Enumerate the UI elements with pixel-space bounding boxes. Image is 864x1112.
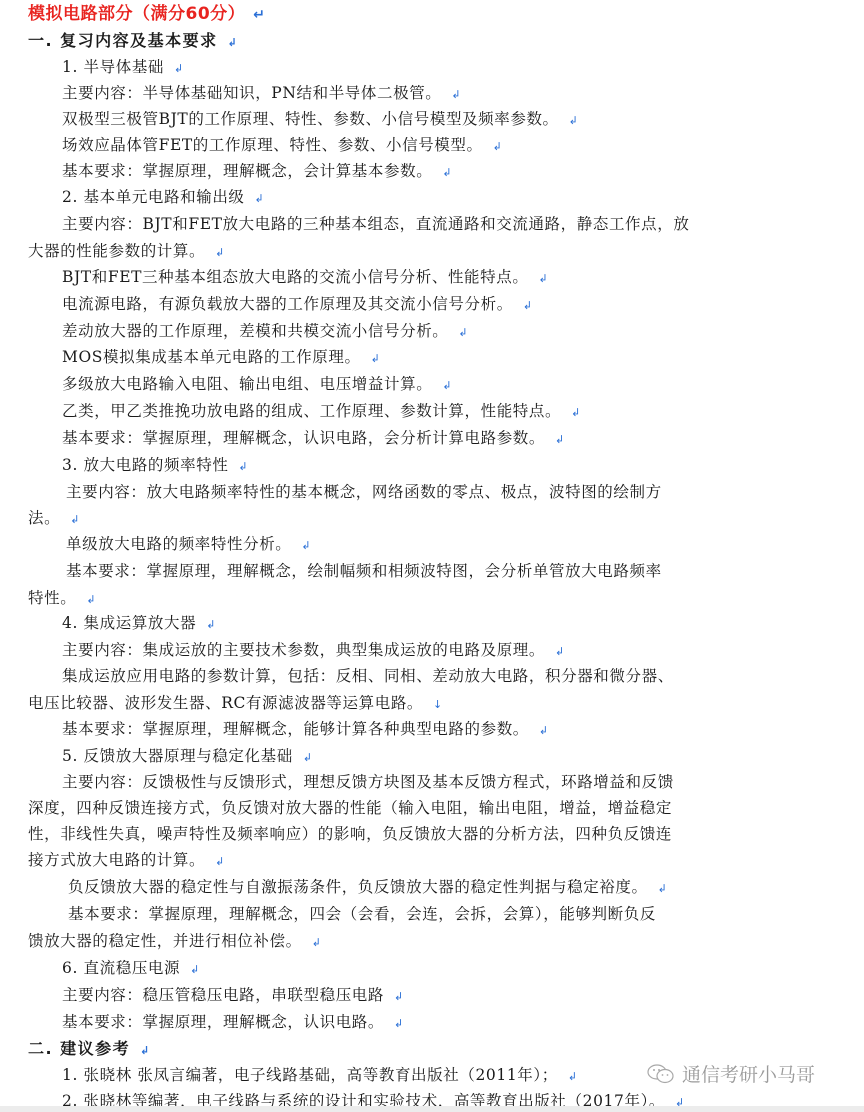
paragraph-mark-icon: ↲ xyxy=(568,1070,578,1083)
line-text: 单级放大电路的频率特性分析。 xyxy=(66,535,291,553)
document-line: 1. 半导体基础↲ xyxy=(62,57,184,79)
paragraph-mark-icon: ↲ xyxy=(451,88,461,101)
document-line: 电压比较器、波形发生器、RC有源滤波器等运算电路。↓ xyxy=(28,693,443,715)
line-text: 集成运放应用电路的参数计算，包括：反相、同相、差动放大电路，积分器和微分器、 xyxy=(62,667,674,685)
paragraph-mark-icon: ↲ xyxy=(658,882,668,895)
document-line: 1. 张晓林 张凤言编著，电子线路基础，高等教育出版社（2011年）；↲ xyxy=(62,1065,578,1087)
document-line: 接方式放大电路的计算。↲ xyxy=(28,850,225,872)
line-text: 主要内容：BJT和FET放大电路的三种基本组态，直流通路和交流通路，静态工作点，… xyxy=(62,215,689,233)
line-text: 接方式放大电路的计算。 xyxy=(28,851,205,869)
line-text: BJT和FET三种基本组态放大电路的交流小信号分析、性能特点。 xyxy=(62,268,528,286)
line-text: 主要内容：反馈极性与反馈形式，理想反馈方块图及基本反馈方程式，环路增益和反馈 xyxy=(62,773,674,791)
paragraph-mark-icon: ↲ xyxy=(555,645,565,658)
line-text: 4. 集成运算放大器 xyxy=(62,614,196,632)
document-line: 特性。↲ xyxy=(28,588,96,610)
document-line: BJT和FET三种基本组态放大电路的交流小信号分析、性能特点。↲ xyxy=(62,267,548,289)
line-text: 差动放大器的工作原理，差模和共模交流小信号分析。 xyxy=(62,322,448,340)
line-text: 乙类，甲乙类推挽功放电路的组成、工作原理、参数计算，性能特点。 xyxy=(62,402,561,420)
paragraph-mark-icon: ↲ xyxy=(442,379,452,392)
line-text: 电流源电路，有源负载放大器的工作原理及其交流小信号分析。 xyxy=(62,295,513,313)
document-line: 单级放大电路的频率特性分析。↲ xyxy=(66,534,311,556)
paragraph-mark-icon: ↲ xyxy=(312,936,322,949)
document-line: 基本要求：掌握原理，理解概念，认识电路，会分析计算电路参数。↲ xyxy=(62,428,565,450)
section-heading: 二. 建议参考↲ xyxy=(28,1039,151,1061)
page-bottom-edge xyxy=(0,1106,864,1112)
line-text: 主要内容：放大电路频率特性的基本概念，网络函数的零点、极点，波特图的绘制方 xyxy=(66,483,662,501)
document-line: 场效应晶体管FET的工作原理、特性、参数、小信号模型。↲ xyxy=(62,135,502,157)
document-line: 集成运放应用电路的参数计算，包括：反相、同相、差动放大电路，积分器和微分器、 xyxy=(62,666,674,686)
line-text: 一. 复习内容及基本要求 xyxy=(28,31,218,50)
document-line: 主要内容：半导体基础知识，PN结和半导体二极管。↲ xyxy=(62,83,461,105)
document-line: 6. 直流稳压电源↲ xyxy=(62,958,200,980)
paragraph-mark-icon: ↲ xyxy=(238,460,248,473)
return-mark-icon: ↵ xyxy=(253,7,265,23)
document-line: 性，非线性失真，噪声特性及频率响应）的影响，负反馈放大器的分析方法，四种负反馈连 xyxy=(28,824,672,844)
line-text: 电压比较器、波形发生器、RC有源滤波器等运算电路。 xyxy=(28,694,423,712)
paragraph-mark-icon: ↲ xyxy=(228,36,239,49)
document-line: 大器的性能参数的计算。↲ xyxy=(28,241,225,263)
document-line: 3. 放大电路的频率特性↲ xyxy=(62,455,248,477)
paragraph-mark-icon: ↲ xyxy=(555,433,565,446)
paragraph-mark-icon: ↲ xyxy=(493,140,503,153)
paragraph-mark-icon: ↲ xyxy=(538,272,548,285)
document-line: 4. 集成运算放大器↲ xyxy=(62,613,216,635)
paragraph-mark-icon: ↲ xyxy=(539,724,549,737)
paragraph-mark-icon: ↲ xyxy=(571,406,581,419)
line-text: 1. 半导体基础 xyxy=(62,58,164,76)
paragraph-mark-icon: ↲ xyxy=(86,593,96,606)
section-heading: 一. 复习内容及基本要求↲ xyxy=(28,31,238,53)
document-title-text: 模拟电路部分（满分60分） xyxy=(28,4,245,24)
line-text: 3. 放大电路的频率特性 xyxy=(62,456,228,474)
paragraph-mark-icon: ↲ xyxy=(174,62,184,75)
document-line: 馈放大器的稳定性，并进行相位补偿。↲ xyxy=(28,931,322,953)
line-text: 法。 xyxy=(28,509,60,527)
document-line: 主要内容：反馈极性与反馈形式，理想反馈方块图及基本反馈方程式，环路增益和反馈 xyxy=(62,772,674,792)
line-text: 主要内容：稳压管稳压电路，串联型稳压电路 xyxy=(62,986,384,1004)
paragraph-mark-icon: ↲ xyxy=(70,513,80,526)
paragraph-mark-icon: ↲ xyxy=(140,1044,151,1057)
paragraph-mark-icon: ↲ xyxy=(394,1017,404,1030)
line-text: 性，非线性失真，噪声特性及频率响应）的影响，负反馈放大器的分析方法，四种负反馈连 xyxy=(28,825,672,843)
watermark: 通信考研小马哥 xyxy=(646,1060,815,1087)
paragraph-mark-icon: ↲ xyxy=(303,751,313,764)
paragraph-mark-icon: ↲ xyxy=(371,352,381,365)
document-title: 模拟电路部分（满分60分）↵ xyxy=(28,4,265,25)
line-text: 5. 反馈放大器原理与稳定化基础 xyxy=(62,747,293,765)
paragraph-mark-icon: ↲ xyxy=(523,299,533,312)
line-text: 深度，四种反馈连接方式，负反馈对放大器的性能（输入电阻，输出电阻，增益，增益稳定 xyxy=(28,799,672,817)
line-text: 多级放大电路输入电阻、输出电组、电压增益计算。 xyxy=(62,375,432,393)
line-text: 基本要求：掌握原理，理解概念，能够计算各种典型电路的参数。 xyxy=(62,720,529,738)
watermark-text: 通信考研小马哥 xyxy=(682,1060,815,1087)
document-line: 乙类，甲乙类推挽功放电路的组成、工作原理、参数计算，性能特点。↲ xyxy=(62,401,581,423)
document-line: 主要内容：稳压管稳压电路，串联型稳压电路↲ xyxy=(62,985,404,1007)
paragraph-mark-icon: ↲ xyxy=(301,539,311,552)
paragraph-mark-icon: ↲ xyxy=(215,246,225,259)
document-line: 主要内容：放大电路频率特性的基本概念，网络函数的零点、极点，波特图的绘制方 xyxy=(66,482,662,502)
document-line: 双极型三极管BJT的工作原理、特性、参数、小信号模型及频率参数。↲ xyxy=(62,109,578,131)
line-text: 双极型三极管BJT的工作原理、特性、参数、小信号模型及频率参数。 xyxy=(62,110,559,128)
document-line: 主要内容：集成运放的主要技术参数，典型集成运放的电路及原理。↲ xyxy=(62,640,565,662)
document-line: 多级放大电路输入电阻、输出电组、电压增益计算。↲ xyxy=(62,374,452,396)
document-line: 基本要求：掌握原理，理解概念，绘制幅频和相频波特图，会分析单管放大电路频率 xyxy=(66,561,662,581)
line-text: 2. 基本单元电路和输出级 xyxy=(62,188,245,206)
document-line: 主要内容：BJT和FET放大电路的三种基本组态，直流通路和交流通路，静态工作点，… xyxy=(62,214,689,234)
document-line: 深度，四种反馈连接方式，负反馈对放大器的性能（输入电阻，输出电阻，增益，增益稳定 xyxy=(28,798,672,818)
document-line: 电流源电路，有源负载放大器的工作原理及其交流小信号分析。↲ xyxy=(62,294,533,316)
paragraph-mark-icon: ↲ xyxy=(569,114,579,127)
document-line: 负反馈放大器的稳定性与自激振荡条件，负反馈放大器的稳定性判据与稳定裕度。↲ xyxy=(68,877,667,899)
line-text: 负反馈放大器的稳定性与自激振荡条件，负反馈放大器的稳定性判据与稳定裕度。 xyxy=(68,878,648,896)
line-text: 大器的性能参数的计算。 xyxy=(28,242,205,260)
document-line: 基本要求：掌握原理，理解概念，四会（会看，会连，会拆，会算），能够判断负反 xyxy=(68,904,656,924)
paragraph-mark-icon: ↲ xyxy=(394,990,404,1003)
paragraph-mark-icon: ↲ xyxy=(458,326,468,339)
line-text: 二. 建议参考 xyxy=(28,1039,130,1058)
line-text: 馈放大器的稳定性，并进行相位补偿。 xyxy=(28,932,302,950)
document-line: 基本要求：掌握原理，理解概念，能够计算各种典型电路的参数。↲ xyxy=(62,719,549,741)
line-text: 基本要求：掌握原理，理解概念，四会（会看，会连，会拆，会算），能够判断负反 xyxy=(68,905,656,923)
line-text: 6. 直流稳压电源 xyxy=(62,959,180,977)
line-text: 基本要求：掌握原理，理解概念，会计算基本参数。 xyxy=(62,162,432,180)
paragraph-mark-icon: ↲ xyxy=(255,192,265,205)
paragraph-mark-icon: ↲ xyxy=(215,855,225,868)
document-line: 差动放大器的工作原理，差模和共模交流小信号分析。↲ xyxy=(62,321,468,343)
line-text: MOS模拟集成基本单元电路的工作原理。 xyxy=(62,348,361,366)
paragraph-mark-icon: ↲ xyxy=(442,166,452,179)
line-text: 基本要求：掌握原理，理解概念，认识电路。 xyxy=(62,1013,384,1031)
line-text: 基本要求：掌握原理，理解概念，绘制幅频和相频波特图，会分析单管放大电路频率 xyxy=(66,562,662,580)
line-text: 主要内容：半导体基础知识，PN结和半导体二极管。 xyxy=(62,84,441,102)
document-line: MOS模拟集成基本单元电路的工作原理。↲ xyxy=(62,347,380,369)
line-text: 场效应晶体管FET的工作原理、特性、参数、小信号模型。 xyxy=(62,136,483,154)
document-line: 基本要求：掌握原理，理解概念，会计算基本参数。↲ xyxy=(62,161,452,183)
line-break-mark-icon: ↓ xyxy=(433,698,443,711)
document-line: 2. 基本单元电路和输出级↲ xyxy=(62,187,264,209)
document-line: 5. 反馈放大器原理与稳定化基础↲ xyxy=(62,746,313,768)
wechat-icon xyxy=(646,1063,676,1085)
paragraph-mark-icon: ↲ xyxy=(206,618,216,631)
document-line: 基本要求：掌握原理，理解概念，认识电路。↲ xyxy=(62,1012,404,1034)
line-text: 1. 张晓林 张凤言编著，电子线路基础，高等教育出版社（2011年）； xyxy=(62,1066,558,1084)
line-text: 基本要求：掌握原理，理解概念，认识电路，会分析计算电路参数。 xyxy=(62,429,545,447)
line-text: 特性。 xyxy=(28,589,76,607)
document-line: 法。↲ xyxy=(28,508,80,530)
line-text: 主要内容：集成运放的主要技术参数，典型集成运放的电路及原理。 xyxy=(62,641,545,659)
paragraph-mark-icon: ↲ xyxy=(190,963,200,976)
